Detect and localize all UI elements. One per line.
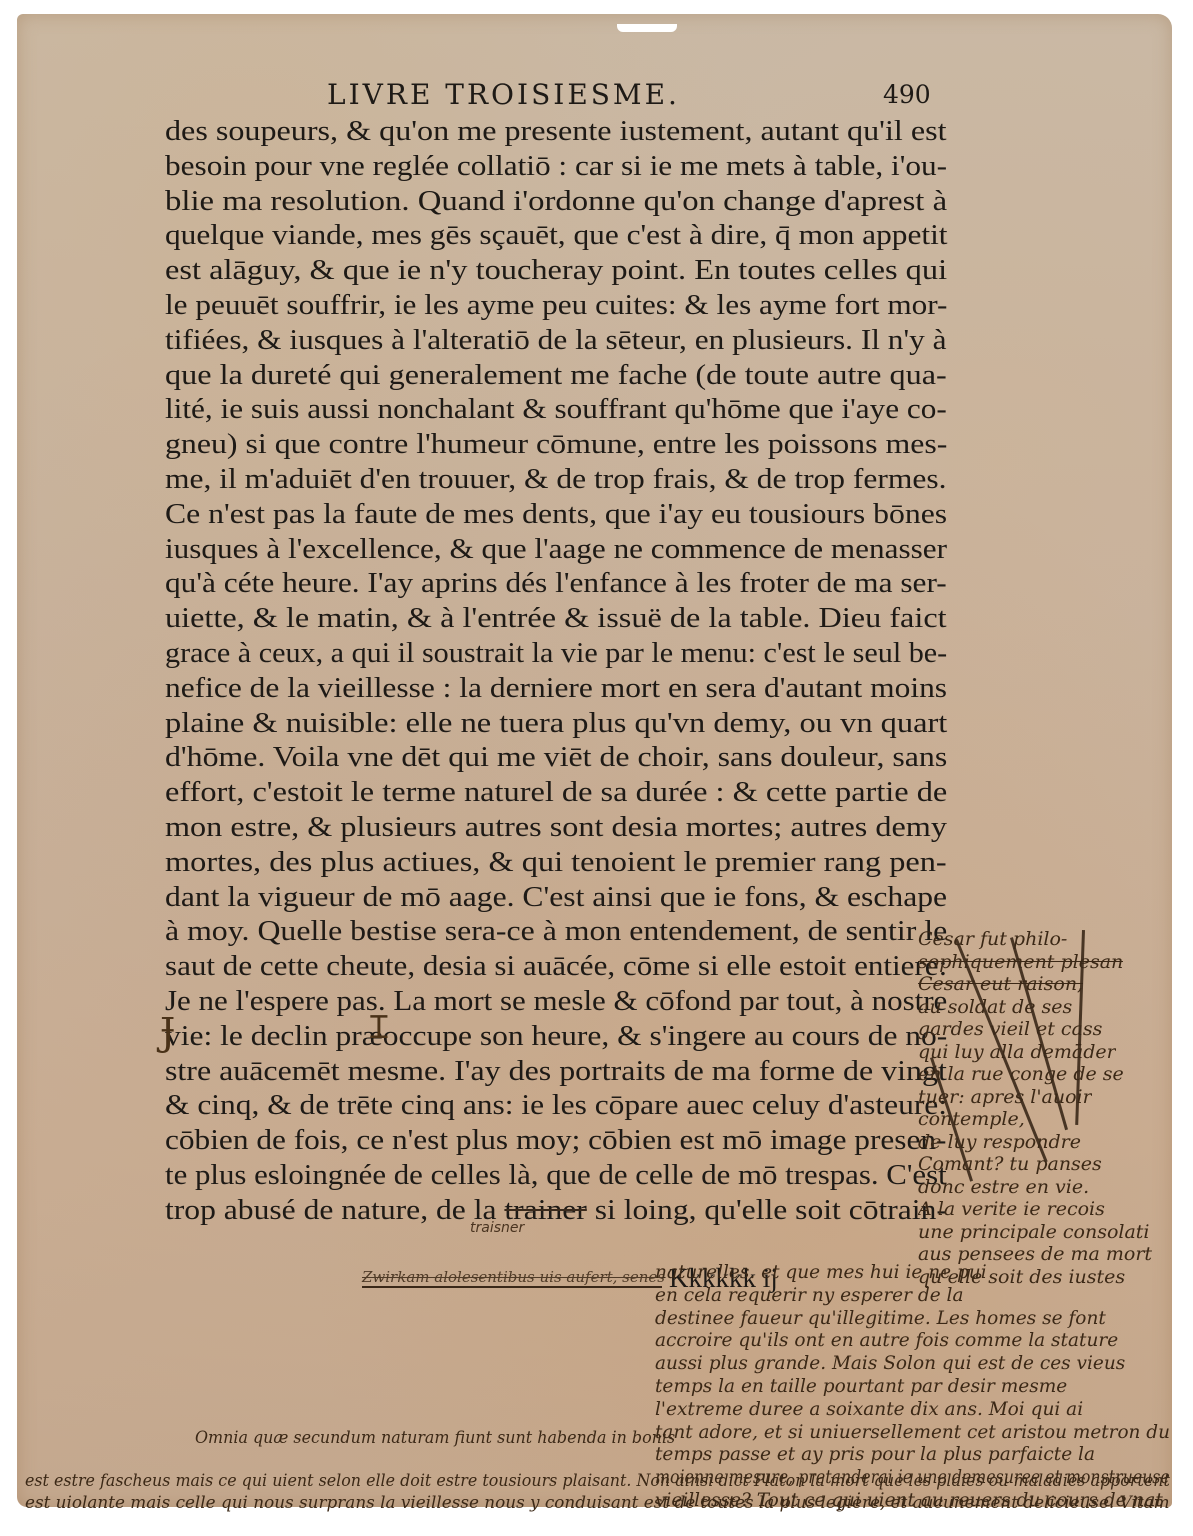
text-line: tifiées, & iusques à l'alteratiō de la s…	[165, 323, 946, 358]
annotation-line: aussi plus grande. Mais Solon qui est de…	[655, 1353, 1125, 1376]
text-line: d'hōme. Voila vne dēt qui me viēt de cho…	[165, 740, 947, 775]
text-line: me, il m'aduiēt d'en trouuer, & de trop …	[165, 462, 947, 497]
annotation-line: Cesar fut philo-	[918, 928, 1067, 951]
annotation-line: de luy respondre	[918, 1131, 1081, 1154]
text-fragment: trop abusé de nature, de la	[165, 1194, 504, 1226]
text-line: le peuuēt souffrir, ie les ayme peu cuit…	[165, 288, 947, 323]
text-line: nefice de la vieillesse : la derniere mo…	[165, 671, 947, 706]
annotation-line: tant adore, et si uniuersellement cet ar…	[655, 1422, 1170, 1445]
insertion-mark-inline: Ɪ	[370, 1005, 388, 1048]
annotation-line: destinee faueur qu'illegitime. Les homes…	[655, 1308, 1106, 1331]
text-line: qu'à céte heure. I'ay aprins dés l'enfan…	[165, 566, 947, 601]
struck-note-text: Zwirkam alolesentibus uis aufert, senes	[362, 1268, 665, 1286]
annotation-line: est uiolante mais celle qui nous surpran…	[25, 1492, 1170, 1514]
annotation-line: au soldat de ses	[918, 996, 1072, 1019]
text-line: te plus esloingnée de celles là, que de …	[165, 1158, 947, 1193]
insertion-mark-left: Ɉ	[160, 1010, 175, 1054]
text-line: blie ma resolution. Quand i'ordonne qu'o…	[165, 184, 947, 219]
text-line: vie: le declin præoccupe son heure, & s'…	[165, 1019, 947, 1054]
page-tear	[617, 24, 677, 32]
annotation-line: qui luy alla demāder	[918, 1041, 1116, 1064]
text-line: lité, ie suis aussi nonchalant & souffra…	[165, 392, 947, 427]
text-line: Ce n'est pas la faute de mes dents, que …	[165, 497, 947, 532]
annotation-line: naturelles. et que mes hui ie ne pui	[655, 1262, 987, 1285]
text-line: dant la vigueur de mō aage. C'est ainsi …	[165, 880, 947, 915]
interlinear-correction: traisner	[470, 1220, 524, 1236]
text-line: iusques à l'excellence, & que l'aage ne …	[165, 532, 947, 567]
annotation-line: l'extreme duree a soixante dix ans. Moi …	[655, 1399, 1083, 1422]
annotation-line: Cesar eut raison,	[918, 973, 1083, 996]
text-line: uiette, & le matin, & à l'entrée & issuë…	[165, 601, 947, 636]
text-line: à moy. Quelle bestise sera-ce à mon ente…	[165, 914, 947, 949]
text-line: & cinq, & de trēte cinq ans: ie les cōpa…	[165, 1088, 947, 1123]
text-line-last: trop abusé de nature, de la trainer si l…	[165, 1193, 947, 1228]
text-line: quelque viande, mes gēs sçauēt, que c'es…	[165, 218, 948, 253]
right-margin-annotation: Cesar fut philo- sophiquement plesan Ces…	[918, 928, 1173, 1288]
text-line: besoin pour vne reglée collatiō : car si…	[165, 149, 947, 184]
annotation-line: gardes vieil et cass	[918, 1018, 1102, 1041]
annotation-line: A la verite ie recois	[918, 1198, 1105, 1221]
text-line: que la dureté qui generalement me fache …	[165, 358, 947, 393]
annotation-line: temps passe et ay pris pour la plus parf…	[655, 1444, 1095, 1467]
annotation-line: est estre fascheus mais ce qui uient sel…	[25, 1470, 1170, 1492]
text-line: gneu) si que contre l'humeur cōmune, ent…	[165, 427, 947, 462]
latin-quotation: Omnia quæ secundum naturam fiunt sunt ha…	[195, 1428, 675, 1448]
text-fragment: si loing, qu'elle soit cōtrain-	[587, 1194, 947, 1226]
text-line: saut de cette cheute, desia si auācée, c…	[165, 949, 947, 984]
struck-marginal-note: Zwirkam alolesentibus uis aufert, senes	[362, 1268, 665, 1286]
printed-text-block: des soupeurs, & qu'on me presente iustem…	[165, 114, 945, 1228]
footer-annotation: est estre fascheus mais ce qui uient sel…	[25, 1470, 1170, 1514]
annotation-line: temps la en taille pourtant par desir me…	[655, 1376, 1067, 1399]
annotation-line: en la rue conge de se	[918, 1063, 1124, 1086]
annotation-line: contemple,	[918, 1108, 1025, 1131]
annotation-line: donc estre en vie.	[918, 1176, 1089, 1199]
text-line: des soupeurs, & qu'on me presente iustem…	[165, 114, 947, 149]
annotation-line: une principale consolati	[918, 1221, 1150, 1244]
annotation-line: accroire qu'ils ont en autre fois comme …	[655, 1330, 1118, 1353]
text-line: plaine & nuisible: elle ne tuera plus qu…	[165, 706, 947, 741]
page-number: 490	[883, 80, 931, 109]
text-line: est alāguy, & que ie n'y toucheray point…	[165, 253, 947, 288]
text-line: cōbien de fois, ce n'est plus moy; cōbie…	[165, 1123, 946, 1158]
text-line: stre auācemēt mesme. I'ay des portraits …	[165, 1054, 947, 1089]
text-line: grace à ceux, a qui il soustrait la vie …	[165, 636, 947, 671]
text-line: mortes, des plus actiues, & qui tenoient…	[165, 845, 947, 880]
running-head: LIVRE TROISIESME.	[327, 78, 680, 111]
annotation-line: en cela requerir ny esperer de la	[655, 1285, 963, 1308]
strike-line	[362, 1286, 662, 1288]
text-line: mon estre, & plusieurs autres sont desia…	[165, 810, 947, 845]
text-line: effort, c'estoit le terme naturel de sa …	[165, 775, 947, 810]
text-line: Je ne l'espere pas. La mort se mesle & c…	[165, 984, 947, 1019]
annotation-line: Comant? tu panses	[918, 1153, 1102, 1176]
